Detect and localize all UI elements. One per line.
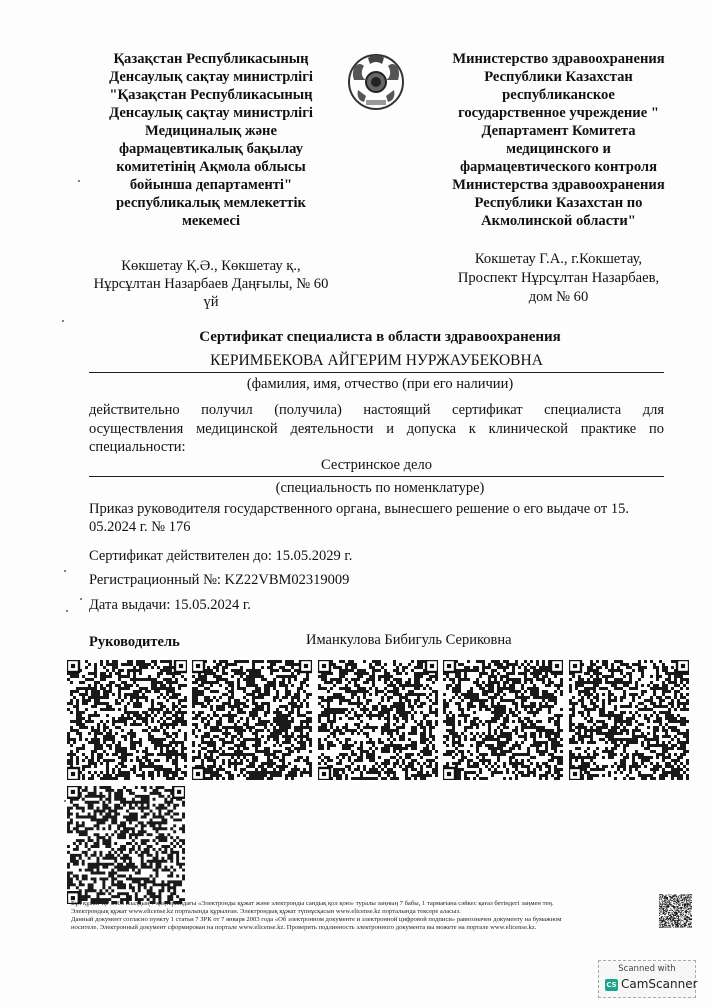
scan-speck: [78, 180, 80, 182]
specialty-value: Сестринское дело: [89, 457, 664, 477]
scan-speck: [64, 800, 66, 802]
scan-speck: [62, 320, 64, 322]
certificate-page: Қазақстан Республикасының Денсаулық сақт…: [0, 0, 712, 1008]
camscanner-logo-icon: CS: [605, 979, 618, 991]
address-russian: Кокшетау Г.А., г.Кокшетау, Проспект Нұрс…: [426, 250, 691, 307]
head-label: Руководитель: [89, 634, 180, 651]
qr-code-small: [659, 893, 692, 929]
scanned-with-label: Scanned with: [599, 964, 695, 974]
qr-code-4: [443, 660, 563, 780]
address-kazakh: Көкшетау Қ.Ә., Көкшетау қ., Нұрсұлтан На…: [72, 257, 350, 311]
scan-speck: [66, 610, 68, 612]
specialty-caption: (специальность по номенклатуре): [60, 480, 700, 497]
header-org-kazakh: Қазақстан Республикасының Денсаулық сақт…: [72, 50, 350, 230]
registration-number: Регистрационный №: KZ22VBM02319009: [89, 572, 349, 589]
camscanner-watermark: Scanned with CS CamScanner: [598, 960, 696, 998]
issue-date: Дата выдачи: 15.05.2024 г.: [89, 597, 251, 614]
state-emblem-icon: [346, 50, 406, 112]
legal-footer: Бұл құжат ҚР 2003 жылдың 7 қаңтарындағы …: [71, 900, 656, 932]
qr-code-6: [67, 786, 185, 904]
certificate-body-text: действительно получил (получила) настоящ…: [89, 401, 664, 457]
qr-code-5: [569, 660, 689, 780]
full-name-caption: (фамилия, имя, отчество (при его наличии…: [60, 376, 700, 393]
header-org-russian: Министерство здравоохранения Республики …: [426, 50, 691, 230]
qr-code-3: [318, 660, 438, 780]
qr-code-2: [192, 660, 312, 780]
certificate-title: Сертификат специалиста в области здравоо…: [60, 329, 700, 346]
scan-speck: [64, 570, 66, 572]
holder-full-name: КЕРИМБЕКОВА АЙГЕРИМ НУРЖАУБЕКОВНА: [89, 352, 664, 373]
order-text: Приказ руководителя государственного орг…: [89, 500, 664, 536]
valid-until: Сертификат действителен до: 15.05.2029 г…: [89, 548, 352, 565]
head-name: Иманкулова Бибигуль Сериковна: [306, 632, 512, 649]
scan-speck: [80, 598, 82, 600]
camscanner-brand: CamScanner: [621, 977, 698, 991]
qr-code-1: [67, 660, 187, 780]
